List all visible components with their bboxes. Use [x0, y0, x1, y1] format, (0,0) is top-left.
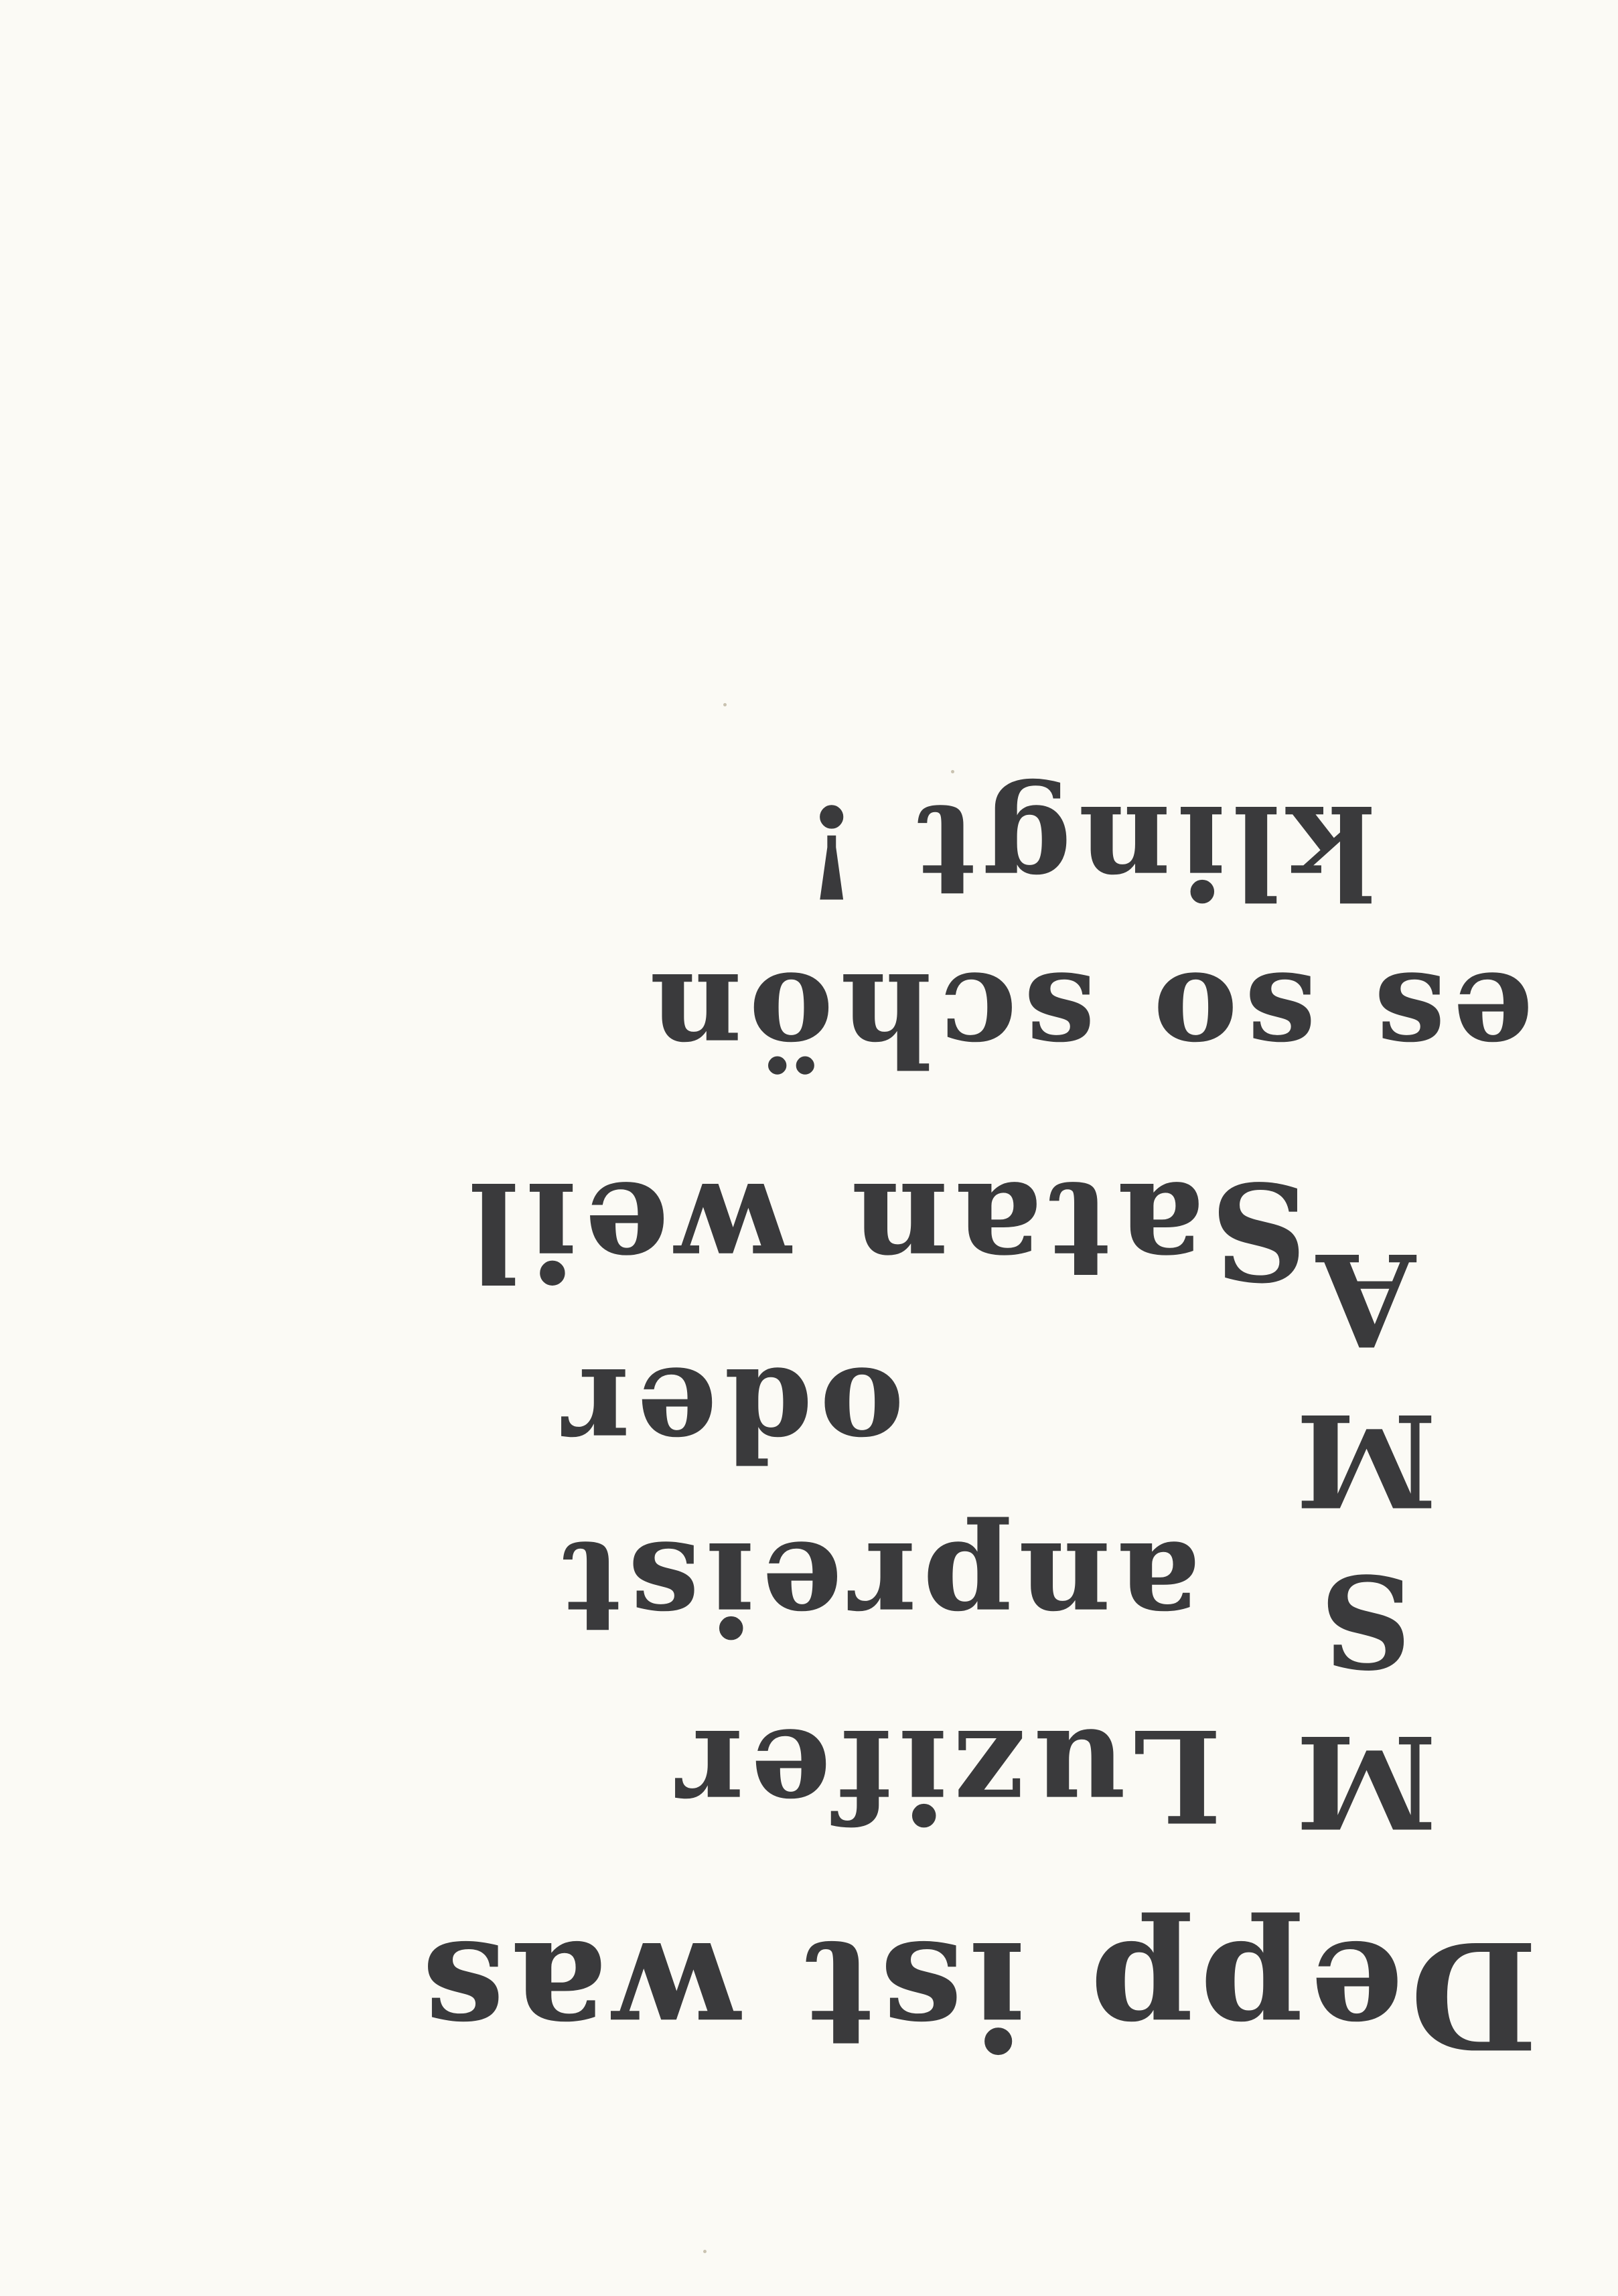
- side-letter: A: [1293, 1219, 1440, 1379]
- side-monogram: M S M A: [1293, 1219, 1440, 1861]
- side-letter: M: [1293, 1379, 1440, 1540]
- paper-speck: [723, 703, 727, 706]
- side-letter: M: [1293, 1701, 1440, 1861]
- side-letter: S: [1293, 1540, 1440, 1701]
- calligraphy-page: klingt ! es so schön Satan weil oder anp…: [0, 0, 1618, 2296]
- text-line-2: es so schön: [643, 944, 1534, 1093]
- text-line-5: anpreist: [556, 1513, 1200, 1663]
- paper-speck: [951, 770, 954, 773]
- text-line-7: Depp ist was: [415, 1908, 1538, 2082]
- text-line-1: klingt !: [797, 777, 1376, 926]
- paper-speck: [703, 2250, 707, 2253]
- text-line-6: Luzifer: [670, 1701, 1222, 1850]
- text-line-3: Satan weil: [462, 1152, 1307, 1309]
- text-line-4: oder: [556, 1339, 905, 1488]
